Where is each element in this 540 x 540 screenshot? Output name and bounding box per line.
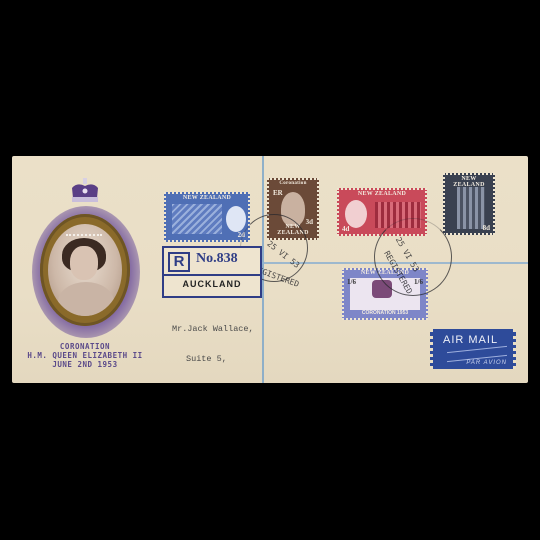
registration-city: AUCKLAND <box>164 279 260 289</box>
stamp-country: NEW ZEALAND <box>339 191 425 197</box>
stamp-value: 8d <box>483 224 490 232</box>
address-line-2: Suite 5, <box>172 354 312 364</box>
stamp-country: NEW ZEALAND <box>166 195 248 201</box>
airmail-subtitle: PAR AVION <box>466 360 507 366</box>
crown-icon <box>69 178 101 204</box>
stamp-value: 4d <box>342 225 349 233</box>
stamp-2d: NEW ZEALAND 2d <box>164 192 250 242</box>
coronation-cachet: CORONATION H.M. QUEEN ELIZABETH II JUNE … <box>20 174 150 374</box>
stamp-caption: CORONATION 1953 <box>344 310 426 316</box>
stamp-value: 1/6 <box>347 278 356 286</box>
stamp-8d: NEW ZEALAND 8d <box>443 173 495 235</box>
stamp-heading: Coronation <box>269 181 317 186</box>
cachet-line-3: JUNE 2ND 1953 <box>20 360 150 369</box>
airmail-label: AIR MAIL PAR AVION <box>430 329 516 369</box>
address-line-1: Mr.Jack Wallace, <box>172 324 312 334</box>
cachet-line-2: H.M. QUEEN ELIZABETH II <box>20 351 150 360</box>
stamp-cypher: ER <box>273 189 283 197</box>
registration-r: R <box>168 252 190 272</box>
queen-portrait <box>48 224 122 316</box>
envelope: CORONATION H.M. QUEEN ELIZABETH II JUNE … <box>12 156 528 383</box>
airmail-title: AIR MAIL <box>443 334 498 346</box>
registration-number: No.838 <box>196 251 238 267</box>
cachet-caption: CORONATION H.M. QUEEN ELIZABETH II JUNE … <box>20 342 150 369</box>
cachet-line-1: CORONATION <box>20 342 150 351</box>
recipient-address: Mr.Jack Wallace, Suite 5, 2110 West 47th… <box>172 304 312 383</box>
registration-label: R No.838 AUCKLAND <box>162 246 262 298</box>
